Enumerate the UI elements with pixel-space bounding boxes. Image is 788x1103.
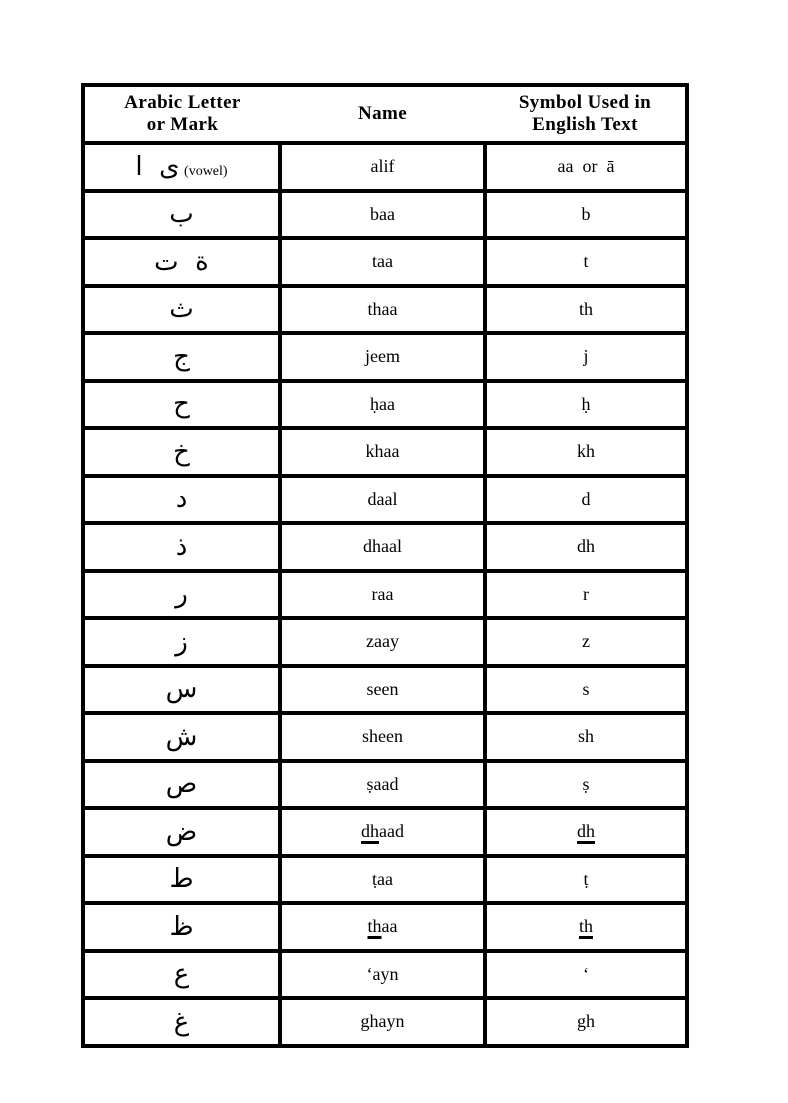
- name-cell: zaay: [280, 618, 485, 666]
- symbol-text: t: [583, 251, 588, 271]
- col-header-arabic-letter-line2: or Mark: [85, 114, 280, 136]
- symbol-text: ḥ: [582, 394, 591, 414]
- table-row: د daal d: [83, 476, 687, 524]
- name-cell: baa: [280, 191, 485, 239]
- arabic-letter-cell: ذ: [83, 523, 280, 571]
- arabic-letter-cell: ة ت: [83, 238, 280, 286]
- symbol-text: ‘: [583, 964, 589, 984]
- arabic-letter: ض: [166, 817, 197, 847]
- symbol-text: ṣ: [582, 774, 589, 794]
- table-row: ج jeem j: [83, 333, 687, 381]
- letter-name: ṣaad: [367, 774, 399, 794]
- arabic-letter-cell: ى ا (vowel): [83, 143, 280, 191]
- symbol-underlined-part: dh: [577, 821, 595, 841]
- letter-name: dhaal: [363, 536, 402, 556]
- arabic-letter: ث: [169, 294, 193, 324]
- arabic-letter: ص: [166, 769, 197, 799]
- letter-name: aa: [382, 916, 398, 936]
- symbol-text: ṭ: [583, 869, 588, 889]
- arabic-letter-cell: ب: [83, 191, 280, 239]
- arabic-letter-cell: غ: [83, 998, 280, 1046]
- arabic-letter-cell: ع: [83, 951, 280, 999]
- symbol-text: aa or ā: [558, 156, 615, 176]
- arabic-letter-cell: ص: [83, 761, 280, 809]
- letter-name: ḥaa: [370, 394, 395, 414]
- arabic-letter: ز: [175, 627, 188, 657]
- table-row: ر raa r: [83, 571, 687, 619]
- arabic-letter: خ: [173, 437, 190, 467]
- name-cell: ṭaa: [280, 856, 485, 904]
- table-row: ظ thaa th: [83, 903, 687, 951]
- arabic-letter-cell: ز: [83, 618, 280, 666]
- arabic-letter: ع: [174, 959, 190, 989]
- name-cell: khaa: [280, 428, 485, 476]
- table-row: خ khaa kh: [83, 428, 687, 476]
- symbol-cell: sh: [485, 713, 687, 761]
- table-row: ش sheen sh: [83, 713, 687, 761]
- arabic-letter-cell: ظ: [83, 903, 280, 951]
- symbol-text: s: [582, 679, 589, 699]
- arabic-letter: ط: [169, 864, 193, 894]
- symbol-cell: dh: [485, 523, 687, 571]
- vowel-note: (vowel): [184, 164, 228, 179]
- letter-name: alif: [371, 156, 395, 176]
- table-row: ة ت taa t: [83, 238, 687, 286]
- symbol-cell: d: [485, 476, 687, 524]
- symbol-cell: dh: [485, 808, 687, 856]
- arabic-letter-cell: ض: [83, 808, 280, 856]
- letter-name: zaay: [366, 631, 399, 651]
- symbol-cell: s: [485, 666, 687, 714]
- name-cell: ḥaa: [280, 381, 485, 429]
- symbol-text: b: [582, 204, 591, 224]
- table-row: ذ dhaal dh: [83, 523, 687, 571]
- letter-name: khaa: [366, 441, 400, 461]
- arabic-letter-cell: د: [83, 476, 280, 524]
- arabic-letter: ظ: [169, 912, 193, 942]
- arabic-letter: ش: [166, 722, 198, 752]
- symbol-cell: ṣ: [485, 761, 687, 809]
- arabic-letter: غ: [174, 1007, 190, 1037]
- arabic-letter: ب: [169, 199, 193, 229]
- table-row: ع ‘ayn ‘: [83, 951, 687, 999]
- arabic-letter-cell: ج: [83, 333, 280, 381]
- symbol-cell: gh: [485, 998, 687, 1046]
- letter-name-underlined-part: dh: [361, 821, 379, 841]
- symbol-cell: ḥ: [485, 381, 687, 429]
- letter-name-underlined-part: th: [368, 916, 382, 936]
- letter-name: ‘ayn: [367, 964, 399, 984]
- arabic-letter: س: [166, 674, 198, 704]
- letter-name: seen: [367, 679, 399, 699]
- table-row: س seen s: [83, 666, 687, 714]
- document-page: Arabic Letter or Mark Name Symbol Used i…: [0, 0, 788, 1103]
- symbol-text: r: [583, 584, 589, 604]
- symbol-text: z: [582, 631, 590, 651]
- col-header-name-line1: Name: [280, 103, 485, 125]
- name-cell: raa: [280, 571, 485, 619]
- symbol-cell: aa or ā: [485, 143, 687, 191]
- name-cell: ṣaad: [280, 761, 485, 809]
- letter-name: baa: [370, 204, 395, 224]
- symbol-text: sh: [578, 726, 594, 746]
- col-header-symbol-line2: English Text: [485, 114, 685, 136]
- symbol-text: gh: [577, 1011, 595, 1031]
- arabic-letter-cell: س: [83, 666, 280, 714]
- col-header-symbol: Symbol Used in English Text: [485, 85, 687, 143]
- arabic-letter: ر: [175, 579, 188, 609]
- arabic-letter: ى ا: [135, 152, 179, 182]
- letter-name: taa: [372, 251, 393, 271]
- letter-name: aad: [379, 821, 404, 841]
- symbol-text: j: [583, 346, 588, 366]
- name-cell: dhaal: [280, 523, 485, 571]
- name-cell: daal: [280, 476, 485, 524]
- symbol-cell: kh: [485, 428, 687, 476]
- table-row: ص ṣaad ṣ: [83, 761, 687, 809]
- col-header-arabic-letter: Arabic Letter or Mark: [83, 85, 280, 143]
- table-row: ح ḥaa ḥ: [83, 381, 687, 429]
- letter-name: ṭaa: [372, 869, 393, 889]
- table-row: ز zaay z: [83, 618, 687, 666]
- col-header-symbol-line1: Symbol Used in: [485, 92, 685, 114]
- arabic-letter-cell: ط: [83, 856, 280, 904]
- letters-table: Arabic Letter or Mark Name Symbol Used i…: [81, 83, 689, 1048]
- symbol-cell: r: [485, 571, 687, 619]
- arabic-letter: د: [176, 484, 188, 514]
- letter-name: jeem: [365, 346, 400, 366]
- symbol-underlined-part: th: [579, 916, 593, 936]
- name-cell: ghayn: [280, 998, 485, 1046]
- symbol-cell: j: [485, 333, 687, 381]
- arabic-letter-cell: ح: [83, 381, 280, 429]
- name-cell: thaa: [280, 903, 485, 951]
- table-header-row: Arabic Letter or Mark Name Symbol Used i…: [83, 85, 687, 143]
- name-cell: sheen: [280, 713, 485, 761]
- name-cell: taa: [280, 238, 485, 286]
- table-row: ض dhaad dh: [83, 808, 687, 856]
- arabic-letter: ذ: [176, 532, 188, 562]
- symbol-text: d: [582, 489, 591, 509]
- name-cell: jeem: [280, 333, 485, 381]
- symbol-cell: ‘: [485, 951, 687, 999]
- arabic-letter: ة ت: [154, 247, 209, 277]
- letter-name: thaa: [368, 299, 398, 319]
- table-row: ى ا (vowel) alif aa or ā: [83, 143, 687, 191]
- table-body: ى ا (vowel) alif aa or ā ب baa b ة ت taa…: [83, 143, 687, 1046]
- name-cell: dhaad: [280, 808, 485, 856]
- table-row: ب baa b: [83, 191, 687, 239]
- symbol-cell: z: [485, 618, 687, 666]
- symbol-text: kh: [577, 441, 595, 461]
- letter-name: sheen: [362, 726, 403, 746]
- col-header-arabic-letter-line1: Arabic Letter: [85, 92, 280, 114]
- symbol-cell: th: [485, 286, 687, 334]
- arabic-letter-cell: ث: [83, 286, 280, 334]
- table-row: ث thaa th: [83, 286, 687, 334]
- symbol-cell: th: [485, 903, 687, 951]
- arabic-letter-cell: ر: [83, 571, 280, 619]
- name-cell: ‘ayn: [280, 951, 485, 999]
- table-row: غ ghayn gh: [83, 998, 687, 1046]
- col-header-name: Name: [280, 85, 485, 143]
- symbol-cell: ṭ: [485, 856, 687, 904]
- symbol-text: dh: [577, 536, 595, 556]
- arabic-letter-cell: ش: [83, 713, 280, 761]
- name-cell: thaa: [280, 286, 485, 334]
- table-row: ط ṭaa ṭ: [83, 856, 687, 904]
- letter-name: daal: [368, 489, 398, 509]
- symbol-cell: t: [485, 238, 687, 286]
- arabic-letter-cell: خ: [83, 428, 280, 476]
- letter-name: ghayn: [361, 1011, 405, 1031]
- symbol-text: th: [579, 299, 593, 319]
- arabic-letter: ح: [173, 389, 190, 419]
- letter-name: raa: [372, 584, 394, 604]
- name-cell: alif: [280, 143, 485, 191]
- arabic-letter: ج: [173, 342, 190, 372]
- name-cell: seen: [280, 666, 485, 714]
- symbol-cell: b: [485, 191, 687, 239]
